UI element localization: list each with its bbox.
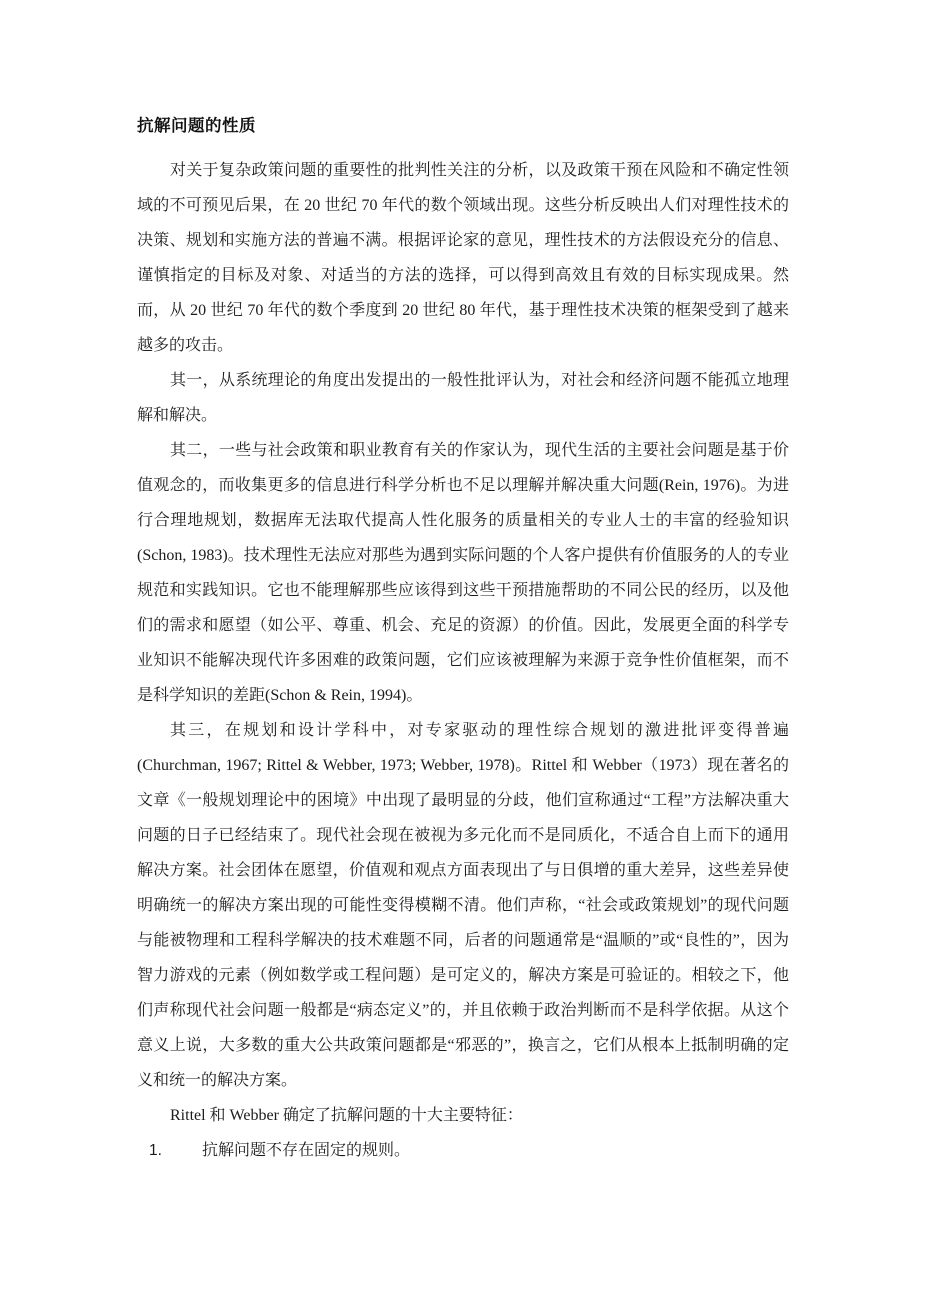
list-item-text: 抗解问题不存在固定的规则。 [202, 1142, 410, 1159]
document-content: 抗解问题的性质 对关于复杂政策问题的重要性的批判性关注的分析，以及政策干预在风险… [137, 0, 789, 1168]
numbered-list-item: 1. 抗解问题不存在固定的规则。 [137, 1133, 789, 1168]
paragraph-intro: 对关于复杂政策问题的重要性的批判性关注的分析，以及政策干预在风险和不确定性领域的… [137, 153, 789, 363]
list-item-number: 1. [149, 1133, 162, 1168]
paragraph-list-intro: Rittel 和 Webber 确定了抗解问题的十大主要特征： [137, 1098, 789, 1133]
paragraph-point-two: 其二，一些与社会政策和职业教育有关的作家认为，现代生活的主要社会问题是基于价值观… [137, 433, 789, 713]
paragraph-point-three: 其三，在规划和设计学科中，对专家驱动的理性综合规划的激进批评变得普遍(Churc… [137, 713, 789, 1098]
document-heading: 抗解问题的性质 [137, 110, 789, 142]
paragraph-point-one: 其一，从系统理论的角度出发提出的一般性批评认为，对社会和经济问题不能孤立地理解和… [137, 363, 789, 433]
document-page: 抗解问题的性质 对关于复杂政策问题的重要性的批判性关注的分析，以及政策干预在风险… [0, 0, 926, 1309]
